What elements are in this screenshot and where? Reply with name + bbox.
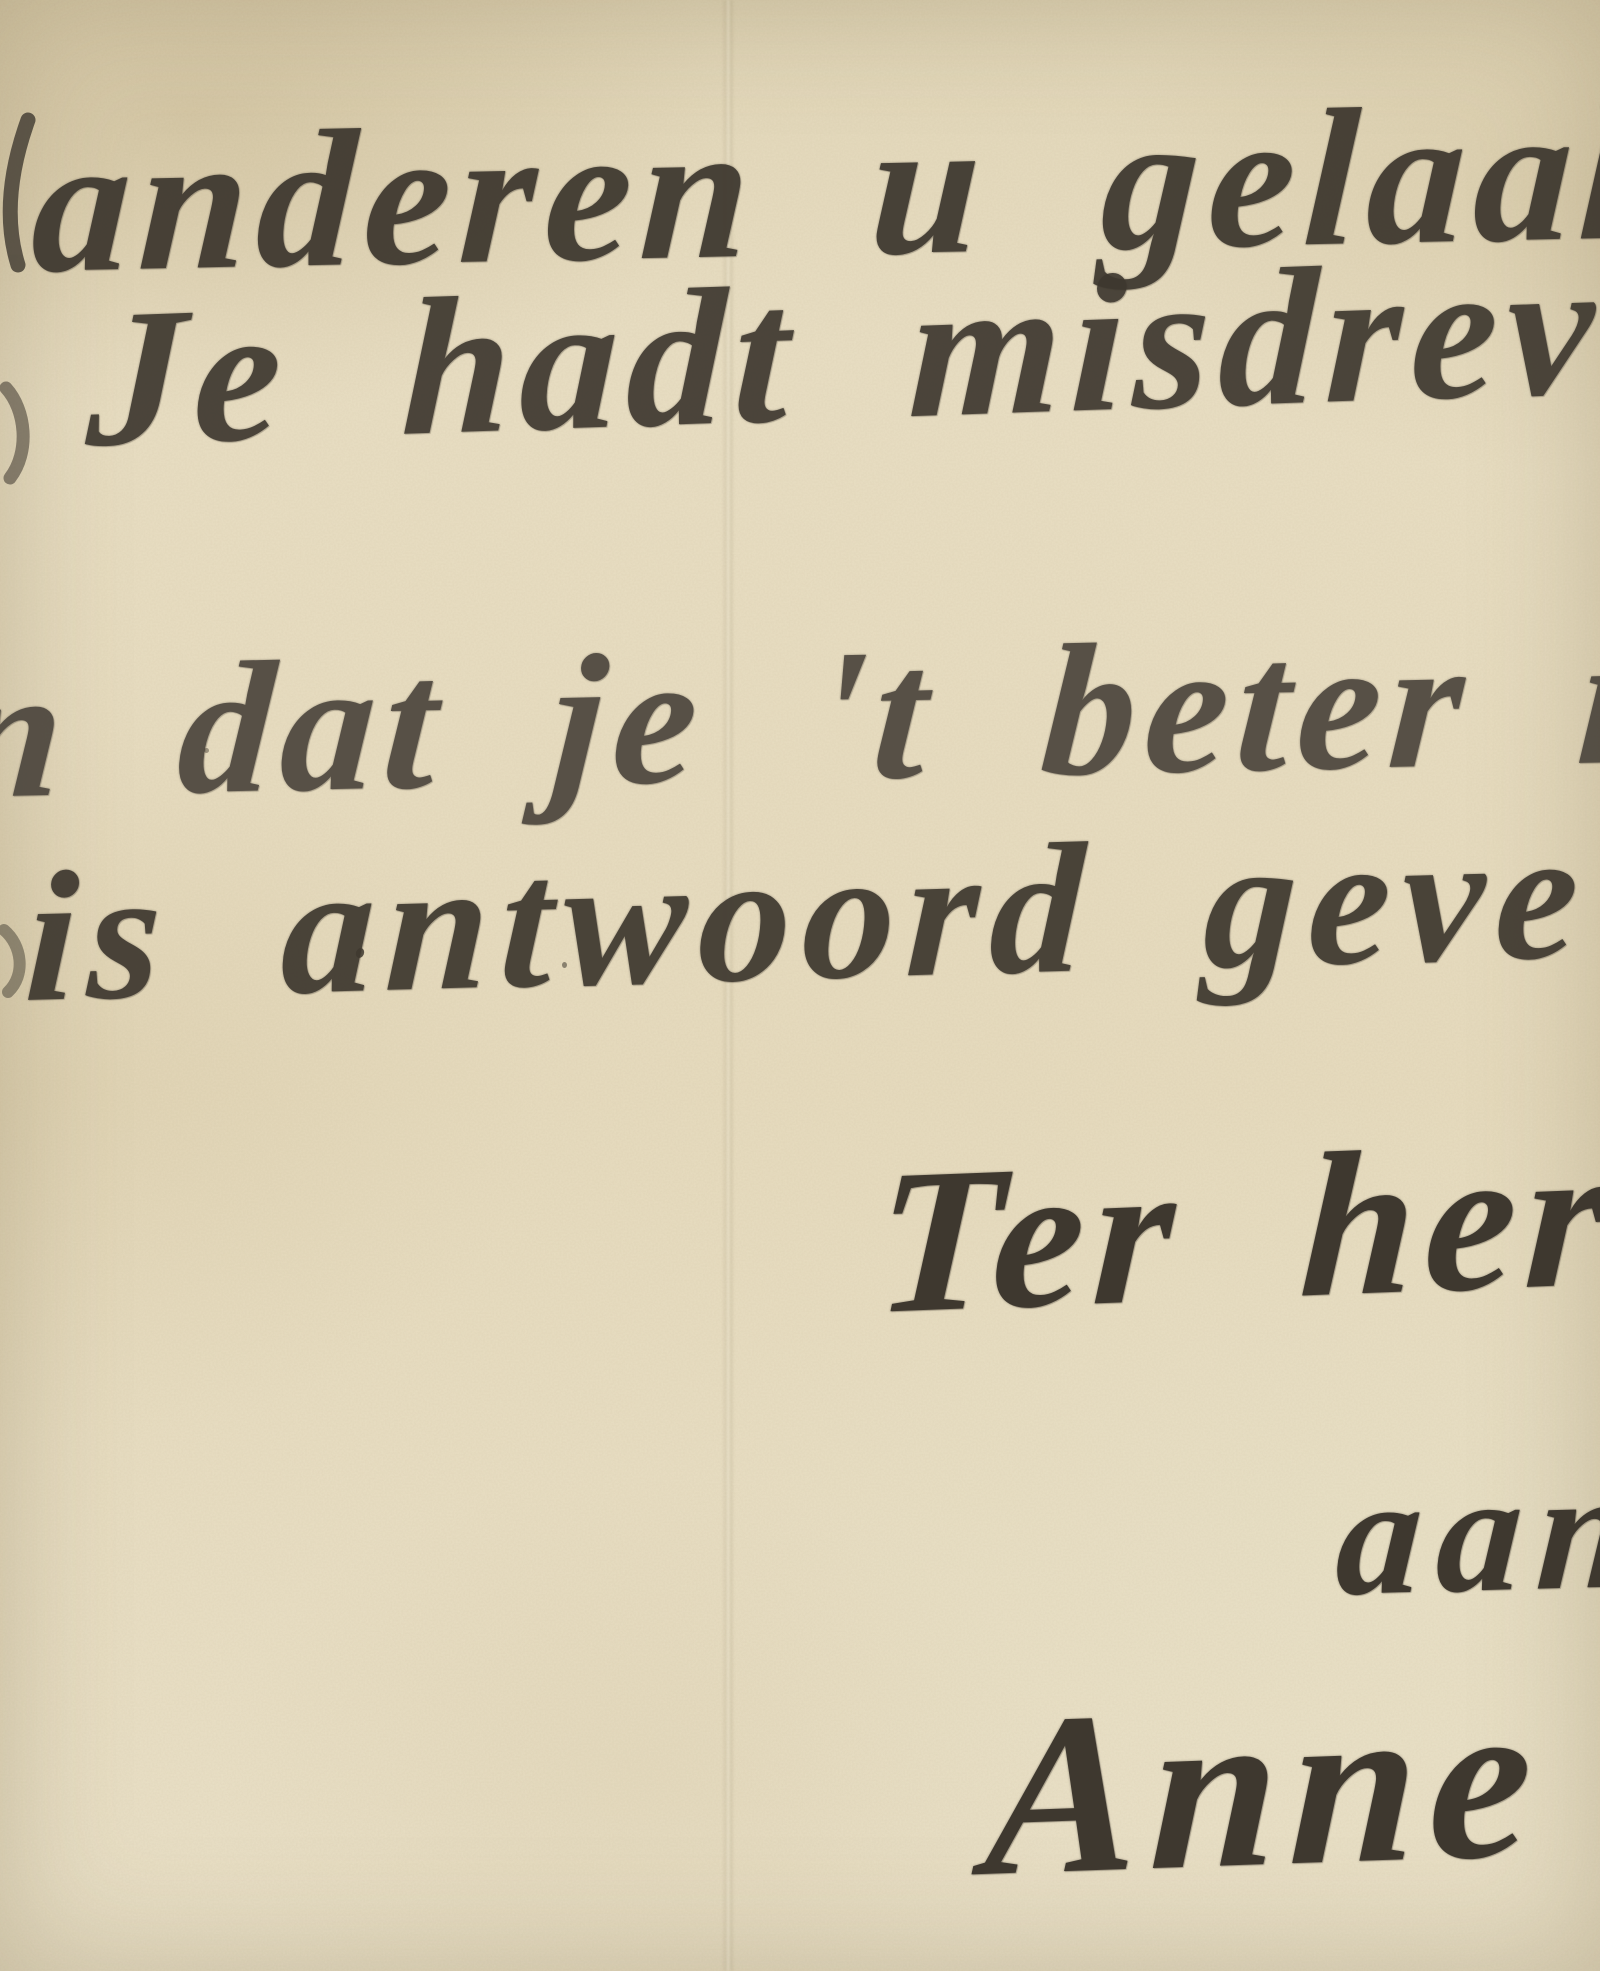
closing-line-aan: aan [1332,1444,1600,1622]
handwriting-line-3: n dat je 't beter m [0,602,1600,828]
handwriting-line-2: Je hadt misdreve [84,225,1600,478]
closing-line-ter-herinnering: Ter herin [872,1104,1600,1346]
letter-page: anderen u gelaak Je hadt misdreve n dat … [0,0,1600,1971]
signature-anne-frank: Anne F [982,1652,1600,1912]
ink-speck [204,748,209,753]
ink-speck [562,962,567,968]
handwriting-line-4: is antwoord geve [22,801,1593,1031]
